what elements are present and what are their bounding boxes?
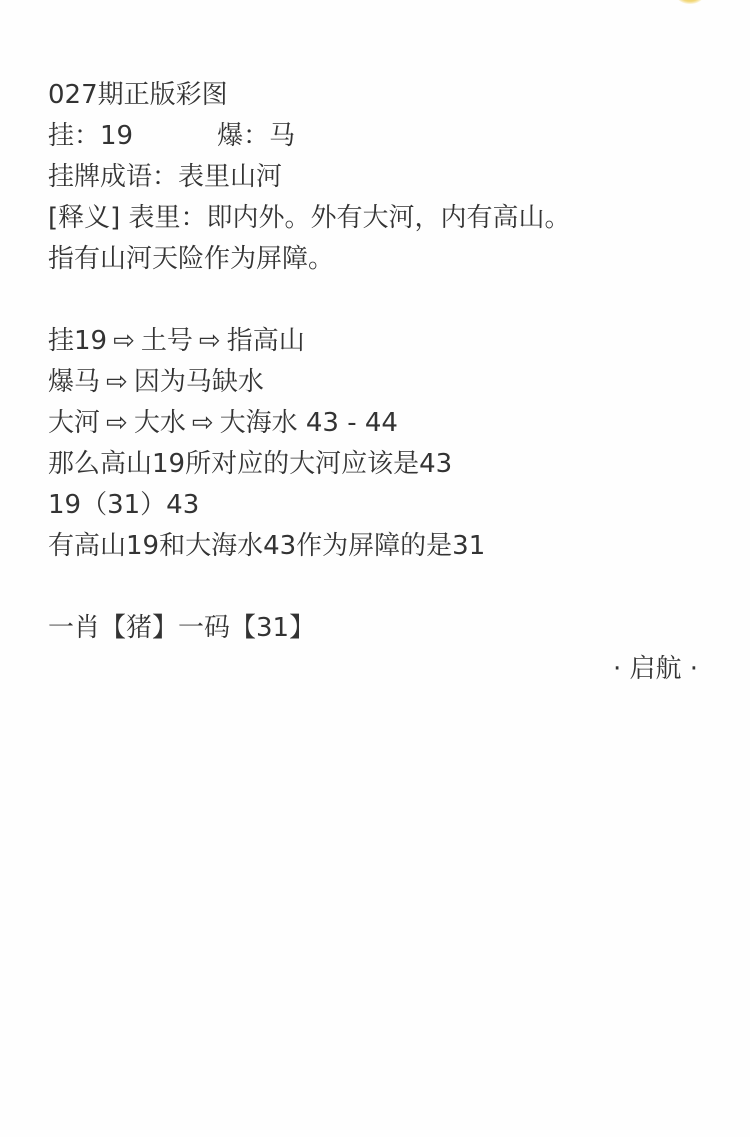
- gua-value: 19: [100, 121, 133, 151]
- right-arrow-icon: ⇨: [192, 403, 214, 444]
- reasoning-line-1: 那么高山19所对应的大河应该是43: [48, 444, 700, 485]
- analysis-text: 大水: [134, 408, 186, 438]
- idiom-value: 表里山河: [178, 162, 282, 192]
- analysis-text: 大海水 43 - 44: [220, 408, 398, 438]
- analysis-text: 大河: [48, 408, 100, 438]
- analysis-line-3: 大河⇨大水⇨大海水 43 - 44: [48, 403, 700, 444]
- analysis-text: 挂19: [48, 326, 107, 356]
- spacer: [48, 280, 700, 321]
- analysis-text: 指高山: [227, 326, 305, 356]
- reasoning-line-2: 19（31）43: [48, 485, 700, 526]
- analysis-text: 土号: [141, 326, 193, 356]
- right-arrow-icon: ⇨: [106, 403, 128, 444]
- right-arrow-icon: ⇨: [113, 321, 135, 362]
- analysis-text: 爆马: [48, 367, 100, 397]
- gua-label: 挂：: [48, 121, 100, 151]
- analysis-line-2: 爆马⇨因为马缺水: [48, 362, 700, 403]
- right-arrow-icon: ⇨: [199, 321, 221, 362]
- article-body: 027期正版彩图 挂：19爆：马 挂牌成语：表里山河 [释义] 表里：即内外。外…: [48, 75, 700, 690]
- analysis-line-1: 挂19⇨土号⇨指高山: [48, 321, 700, 362]
- analysis-text: 因为马缺水: [134, 367, 264, 397]
- reasoning-line-3: 有高山19和大海水43作为屏障的是31: [48, 526, 700, 567]
- spacer: [48, 567, 700, 608]
- definition-line-2: 指有山河天险作为屏障。: [48, 239, 700, 280]
- definition-line-1: [释义] 表里：即内外。外有大河，内有高山。: [48, 198, 700, 239]
- result-line: 一肖【猪】一码【31】: [48, 608, 700, 649]
- gua-bao-line: 挂：19爆：马: [48, 116, 700, 157]
- issue-title: 027期正版彩图: [48, 75, 700, 116]
- bao-label: 爆：: [217, 121, 269, 151]
- idiom-label: 挂牌成语：: [48, 162, 178, 192]
- right-arrow-icon: ⇨: [106, 362, 128, 403]
- corner-decoration: [676, 0, 704, 4]
- idiom-line: 挂牌成语：表里山河: [48, 157, 700, 198]
- bao-value: 马: [269, 121, 295, 151]
- signature: · 启航 ·: [48, 649, 700, 690]
